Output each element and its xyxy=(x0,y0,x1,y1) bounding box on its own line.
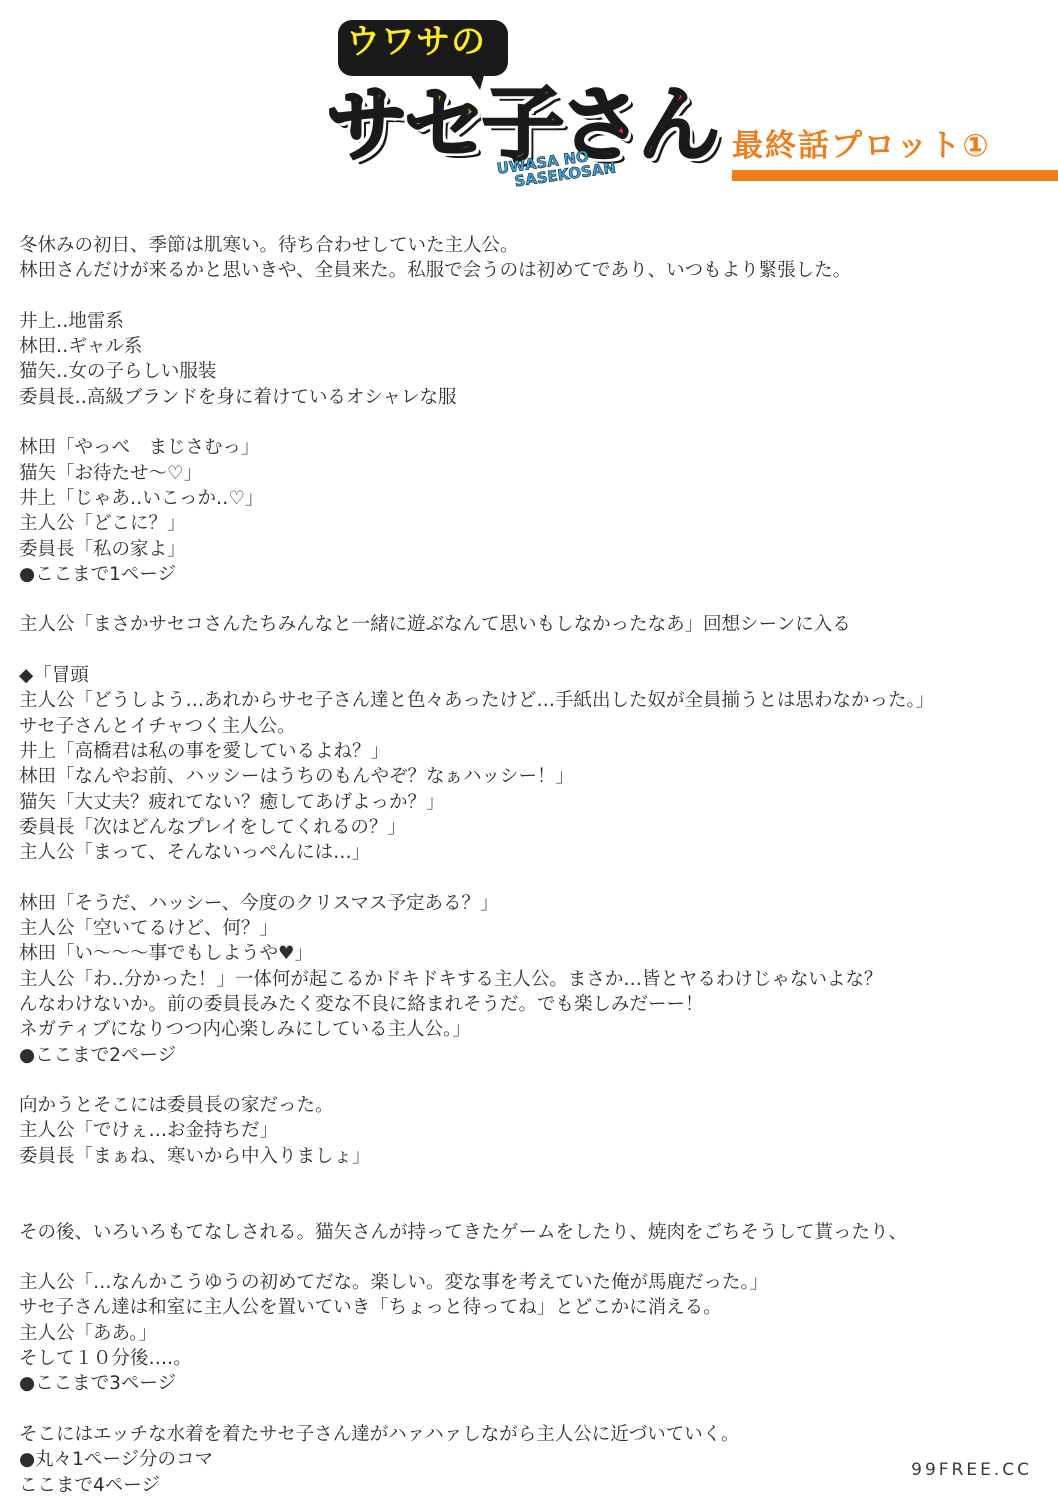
logo-char: サ xyxy=(326,78,408,174)
page-header: ウワサの サセ子さん UWASA NO SASEKOSAN 最終話プロット① xyxy=(0,0,1058,200)
text-line: 向かうとそこには委員長の家だった。 xyxy=(19,1093,1049,1118)
text-line: 林田「やっべ まじさむっ」 xyxy=(19,435,1049,460)
text-line: んなわけないか。前の委員長みたく変な不良に絡まれそうだ。でも楽しみだーー！ xyxy=(19,992,1049,1017)
logo-bubble-text: ウワサの xyxy=(346,24,486,60)
blank-line xyxy=(19,284,1049,309)
blank-line xyxy=(19,587,1049,612)
text-line: 委員長「私の家よ」 xyxy=(19,537,1049,562)
logo-char: ん xyxy=(638,78,720,174)
text-line: 林田さんだけが来るかと思いきや、全員来た。私服で会うのは初めてであり、いつもより… xyxy=(19,258,1049,283)
blank-line xyxy=(19,865,1049,890)
text-line: 主人公「ああ。」 xyxy=(19,1321,1049,1346)
text-line: そこにはエッチな水着を着たサセ子さん達がハァハァしながら主人公に近づいていく。 xyxy=(19,1422,1049,1447)
watermark: 99FREE.CC xyxy=(911,1460,1032,1480)
text-line: 主人公「どうしよう…あれからサセ子さん達と色々あったけど…手紙出した奴が全員揃う… xyxy=(19,688,1049,713)
text-line: 主人公「まって、そんないっぺんには…」 xyxy=(19,840,1049,865)
text-line: ●ここまで2ページ xyxy=(19,1043,1049,1068)
text-line: 井上「高橋君は私の事を愛しているよね？」 xyxy=(19,739,1049,764)
blank-line xyxy=(19,1068,1049,1093)
text-line: ここまで4ページ xyxy=(19,1473,1049,1498)
text-line: 委員長「まぁね、寒いから中入りましょ」 xyxy=(19,1144,1049,1169)
text-line: 林田‥ギャル系 xyxy=(19,334,1049,359)
text-line: ◆「冒頭 xyxy=(19,663,1049,688)
text-line: 主人公「でけぇ…お金持ちだ」 xyxy=(19,1118,1049,1143)
text-line: 主人公「わ‥分かった！」一体何が起こるかドキドキする主人公。まさか…皆とヤるわけ… xyxy=(19,967,1049,992)
text-line: その後、いろいろもてなしされる。猫矢さんが持ってきたゲームをしたり、焼肉をごちそ… xyxy=(19,1220,1049,1245)
text-line: 井上「じゃあ‥いこっか‥♡」 xyxy=(19,486,1049,511)
text-line: サセ子さんとイチャつく主人公。 xyxy=(19,714,1049,739)
text-line: 猫矢「大丈夫？疲れてない？癒してあげよっか？」 xyxy=(19,790,1049,815)
text-line: そして１０分後‥‥。 xyxy=(19,1346,1049,1371)
text-line: 主人公「まさかサセコさんたちみんなと一緒に遊ぶなんて思いもしなかったなあ」回想シ… xyxy=(19,612,1049,637)
text-line: 主人公「どこに？」 xyxy=(19,511,1049,536)
text-line: 猫矢「お待たせ～♡」 xyxy=(19,461,1049,486)
blank-line xyxy=(19,1194,1049,1219)
text-line: 井上‥地雷系 xyxy=(19,309,1049,334)
blank-line xyxy=(19,1397,1049,1422)
chapter-underline-bar xyxy=(732,170,1058,181)
text-line: ●ここまで1ページ xyxy=(19,562,1049,587)
text-line: 委員長「次はどんなプレイをしてくれるの？」 xyxy=(19,815,1049,840)
text-line: 猫矢‥女の子らしい服装 xyxy=(19,359,1049,384)
blank-line xyxy=(19,1245,1049,1270)
logo-char: セ xyxy=(404,78,486,174)
blank-line xyxy=(19,1169,1049,1194)
text-line: ●ここまで3ページ xyxy=(19,1371,1049,1396)
blank-line xyxy=(19,410,1049,435)
text-line: 林田「なんやお前、ハッシーはうちのもんやぞ？なぁハッシー！」 xyxy=(19,764,1049,789)
text-line: 林田「そうだ、ハッシー、今度のクリスマス予定ある？」 xyxy=(19,891,1049,916)
text-line: 林田「い～～～事でもしようや♥」 xyxy=(19,941,1049,966)
text-line: 主人公「…なんかこうゆうの初めてだな。楽しい。変な事を考えていた俺が馬鹿だった。… xyxy=(19,1270,1049,1295)
text-line: ネガティブになりつつ内心楽しみにしている主人公。」 xyxy=(19,1017,1049,1042)
text-line: ●丸々1ページ分のコマ xyxy=(19,1447,1049,1472)
blank-line xyxy=(19,638,1049,663)
chapter-title: 最終話プロット① xyxy=(732,126,991,166)
text-line: サセ子さん達は和室に主人公を置いていき「ちょっと待ってね」とどこかに消える。 xyxy=(19,1295,1049,1320)
text-line: 委員長‥高級ブランドを身に着けているオシャレな服 xyxy=(19,385,1049,410)
series-logo: ウワサの サセ子さん UWASA NO SASEKOSAN xyxy=(326,12,696,192)
plot-document-body: 冬休みの初日、季節は肌寒い。待ち合わせしていた主人公。林田さんだけが来るかと思い… xyxy=(19,233,1049,1498)
text-line: 冬休みの初日、季節は肌寒い。待ち合わせしていた主人公。 xyxy=(19,233,1049,258)
text-line: 主人公「空いてるけど、何？」 xyxy=(19,916,1049,941)
